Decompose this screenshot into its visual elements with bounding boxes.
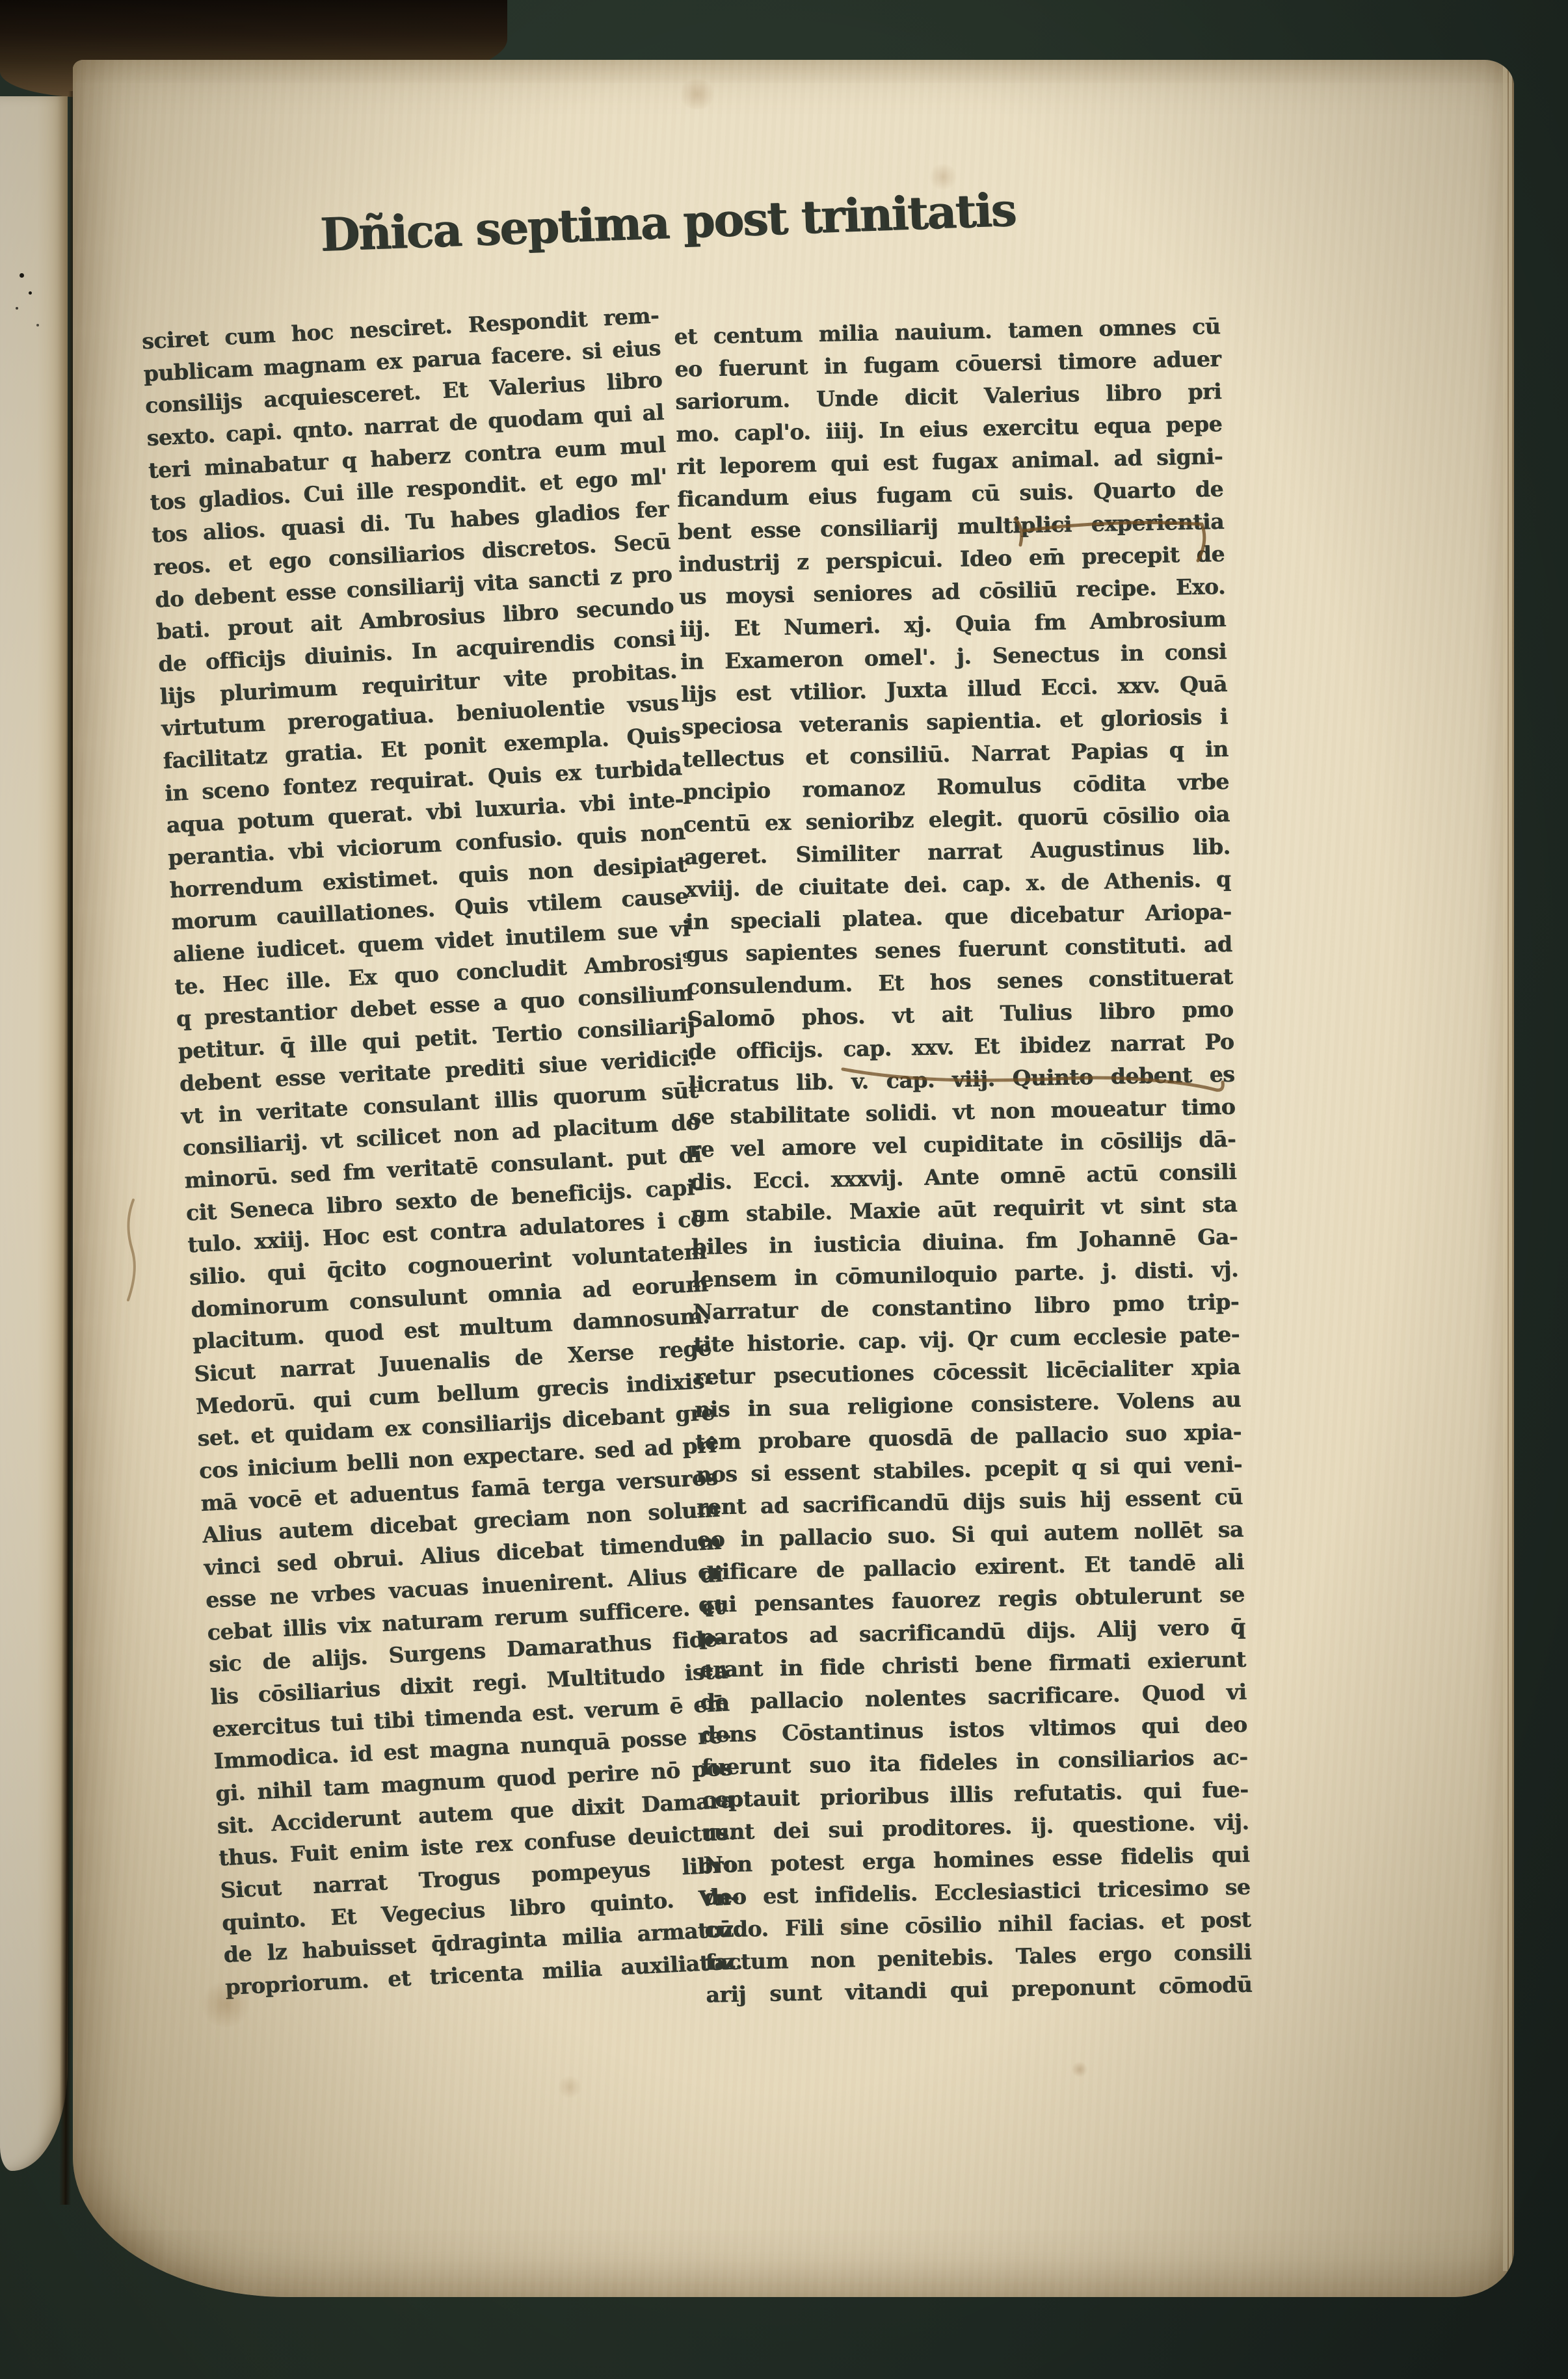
text-column-left: sciretcumhocnesciret.Responditrem-public…: [141, 302, 743, 2007]
ink-speck: [20, 273, 24, 278]
margin-bracket: [128, 1200, 135, 1300]
book-photo: Dñica septima post trinitatis sciretcumh…: [0, 0, 1568, 2379]
book-page: Dñica septima post trinitatis sciretcumh…: [73, 60, 1514, 2297]
ink-speck: [29, 291, 32, 295]
stain: [1071, 2062, 1088, 2077]
text-column-right: etcentummilianauium.tamenomnescūeofuerun…: [674, 313, 1253, 2015]
page-block-edge: [1497, 64, 1514, 2271]
stain: [678, 79, 717, 109]
stain: [557, 2076, 583, 2098]
adjacent-page-edge: [0, 96, 68, 2171]
ink-speck: [36, 324, 39, 326]
ink-speck: [16, 307, 18, 310]
page-heading: Dñica septima post trinitatis: [301, 181, 1034, 262]
